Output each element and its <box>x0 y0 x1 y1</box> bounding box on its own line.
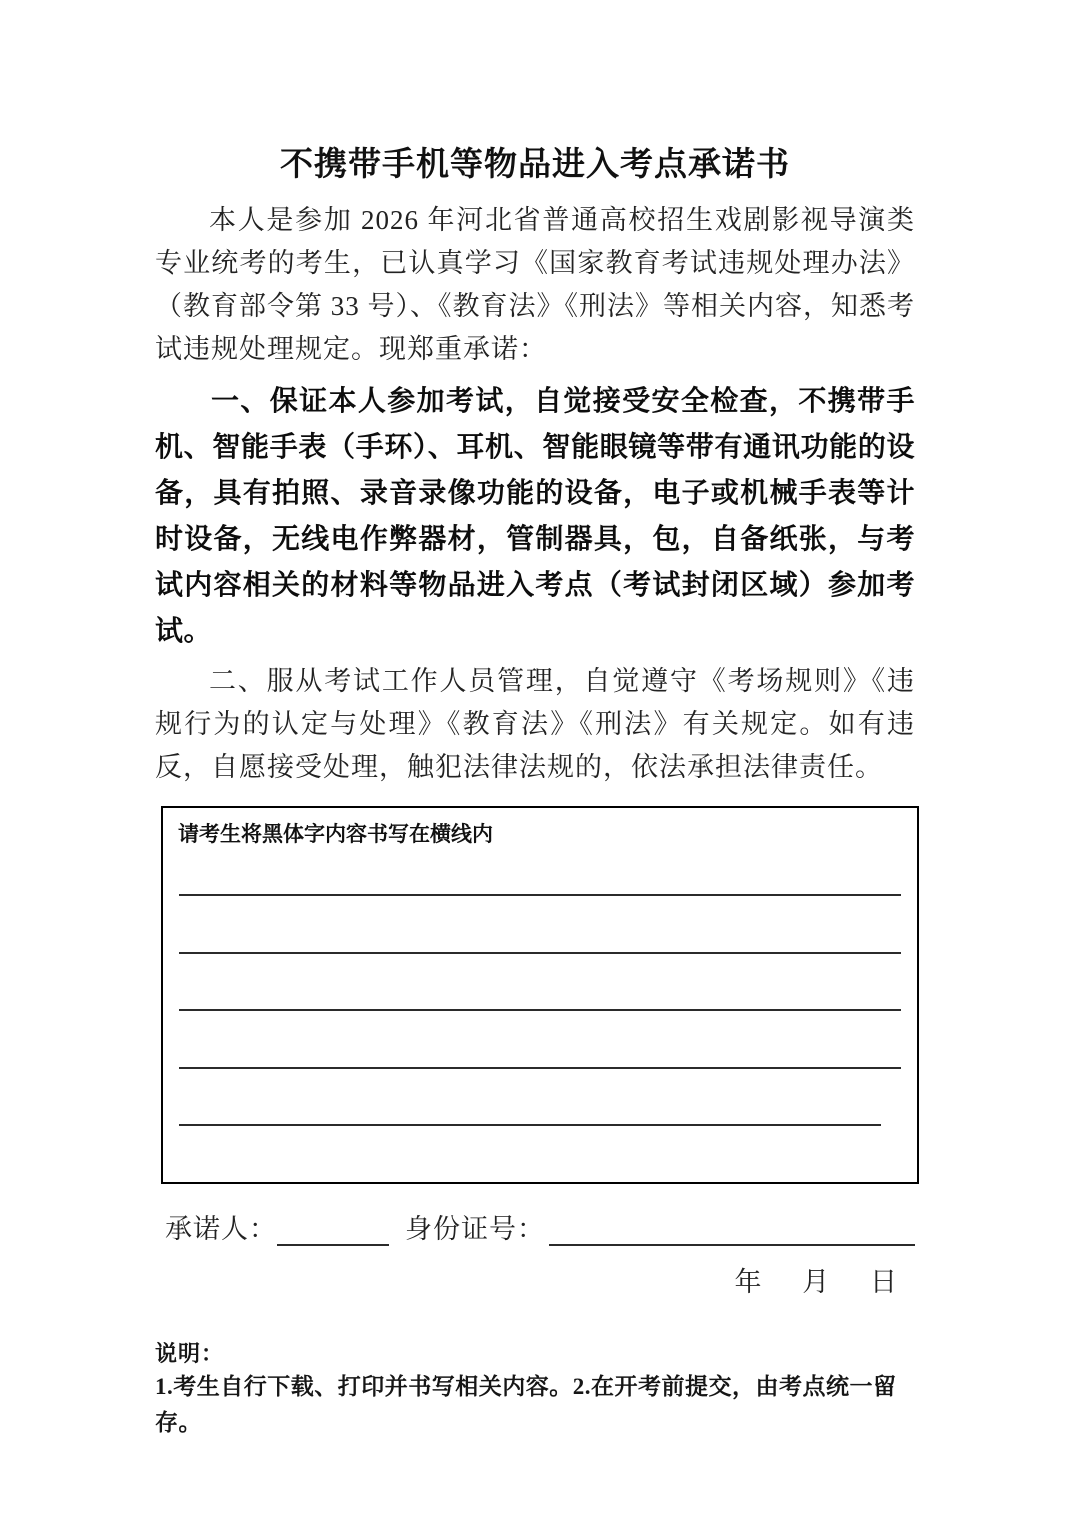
date-month-label: 月 <box>802 1260 829 1299</box>
handwriting-instruction: 请考生将黑体字内容书写在横线内 <box>178 822 902 848</box>
date-row: 年 月 日 <box>155 1260 915 1299</box>
promiser-blank-field <box>277 1216 389 1246</box>
clause-two-paragraph: 二、服从考试工作人员管理，自觉遵守《考场规则》《违规行为的认定与处理》《教育法》… <box>155 660 915 789</box>
writing-line <box>179 954 901 1012</box>
writing-line <box>179 1011 901 1069</box>
id-number-label: 身份证号： <box>405 1212 545 1246</box>
notes-heading: 说明： <box>155 1339 915 1369</box>
date-year-label: 年 <box>735 1260 762 1299</box>
date-day-label: 日 <box>870 1260 897 1299</box>
document-content: 不携带手机等物品进入考点承诺书 本人是参加 2026 年河北省普通高校招生戏剧影… <box>0 0 1080 1441</box>
writing-line <box>179 848 901 896</box>
id-number-blank-field <box>549 1216 915 1246</box>
writing-line <box>179 896 901 954</box>
notes-section: 说明： 1.考生自行下载、打印并书写相关内容。2.在开考前提交，由考点统一留存。 <box>155 1339 915 1441</box>
signature-row: 承诺人： 身份证号： <box>165 1212 915 1246</box>
writing-line <box>179 1069 881 1127</box>
intro-paragraph: 本人是参加 2026 年河北省普通高校招生戏剧影视导演类专业统考的考生，已认真学… <box>155 199 915 371</box>
notes-item: 1.考生自行下载、打印并书写相关内容。2.在开考前提交，由考点统一留存。 <box>155 1369 915 1441</box>
handwriting-box: 请考生将黑体字内容书写在横线内 <box>161 806 919 1184</box>
promiser-label: 承诺人： <box>165 1212 277 1246</box>
clause-one-paragraph: 一、保证本人参加考试，自觉接受安全检查，不携带手机、智能手表（手环）、耳机、智能… <box>155 378 915 654</box>
writing-lines <box>178 848 902 1126</box>
document-page: 不携带手机等物品进入考点承诺书 本人是参加 2026 年河北省普通高校招生戏剧影… <box>0 0 1080 1527</box>
document-title: 不携带手机等物品进入考点承诺书 <box>155 138 915 185</box>
